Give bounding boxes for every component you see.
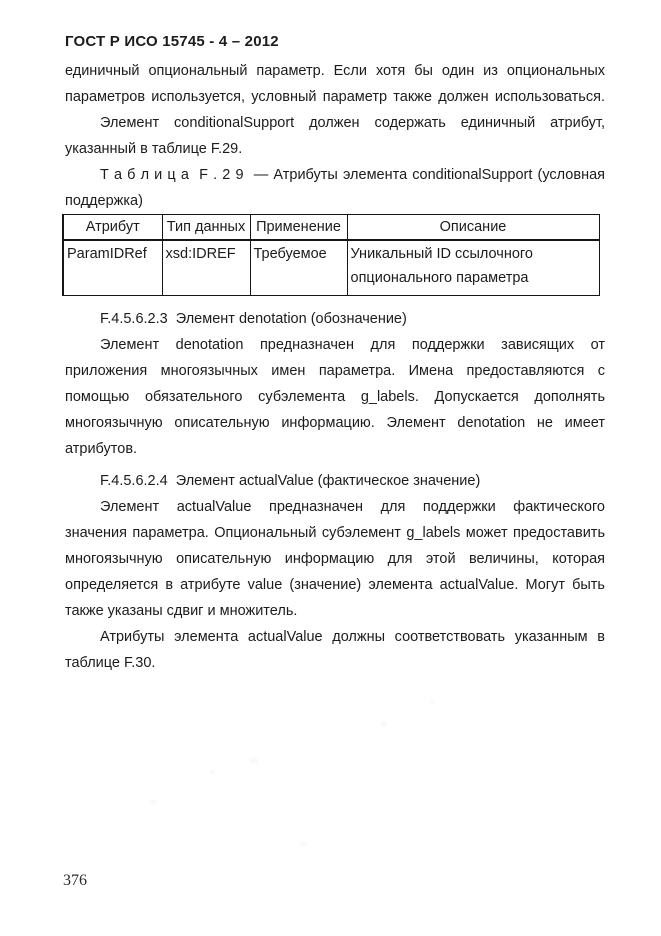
- table-header-datatype: Тип данных: [162, 215, 250, 241]
- text-line: значения параметра. Опциональный субэлем…: [65, 520, 605, 546]
- table-cell-attribute: ParamIDRef: [63, 240, 162, 296]
- text-line: указанный в таблице F.29.: [65, 136, 605, 162]
- document-page: ГОСТ Р ИСО 15745 - 4 – 2012 единичный оп…: [0, 0, 661, 936]
- text-line: также указаны сдвиг и множитель.: [65, 598, 605, 624]
- scan-artifact: [300, 842, 306, 846]
- paragraph-attributes-ref: Атрибуты элемента actualValue должны соо…: [65, 624, 605, 676]
- text-line: Т а б л и ц а F . 2 9 — Атрибуты элемент…: [65, 162, 605, 188]
- scan-artifact: [250, 758, 258, 763]
- text-line: многоязычную описательную информацию. Эл…: [65, 410, 605, 436]
- table-cell-description: Уникальный ID ссылочного опционального п…: [347, 240, 599, 296]
- table-cell-datatype: xsd:IDREF: [162, 240, 250, 296]
- section-heading-actualvalue: F.4.5.6.2.4 Элемент actualValue (фактиче…: [65, 468, 605, 494]
- paragraph-actualvalue: Элемент actualValue предназначен для под…: [65, 494, 605, 624]
- doc-header: ГОСТ Р ИСО 15745 - 4 – 2012: [65, 31, 605, 53]
- table-header-row: Атрибут Тип данных Применение Описание: [63, 215, 599, 241]
- text-line: F.4.5.6.2.4 Элемент actualValue (фактиче…: [65, 468, 605, 494]
- text-line: многоязычную описательную информацию для…: [65, 546, 605, 572]
- table-row: ParamIDRef xsd:IDREF Требуемое Уникальны…: [63, 240, 599, 296]
- text-line: параметров используется, условный параме…: [65, 84, 605, 110]
- table-header-usage: Применение: [250, 215, 347, 241]
- text-line: атрибутов.: [65, 436, 605, 462]
- text-line: таблице F.30.: [65, 650, 605, 676]
- table-header-description: Описание: [347, 215, 599, 241]
- section-heading-denotation: F.4.5.6.2.3 Элемент denotation (обозначе…: [65, 306, 605, 332]
- text-line: F.4.5.6.2.3 Элемент denotation (обозначе…: [65, 306, 605, 332]
- scan-artifact: [150, 800, 156, 804]
- text-line: поддержка): [65, 188, 605, 214]
- text-line: помощью обязательного субэлемента g_labe…: [65, 384, 605, 410]
- scan-artifact: [210, 770, 215, 774]
- page-number: 376: [63, 872, 87, 890]
- scan-artifact: [380, 722, 387, 726]
- text-line: приложения многоязычных имен параметра. …: [65, 358, 605, 384]
- paragraph-denotation: Элемент denotation предназначен для подд…: [65, 332, 605, 462]
- scan-artifact: [430, 700, 435, 703]
- text-line: Элемент denotation предназначен для подд…: [65, 332, 605, 358]
- table-header-attribute: Атрибут: [63, 215, 162, 241]
- paragraph-conditional-support: Элемент conditionalSupport должен содерж…: [65, 110, 605, 162]
- text-line: единичный опциональный параметр. Если хо…: [65, 58, 605, 84]
- table-caption: Т а б л и ц а F . 2 9 — Атрибуты элемент…: [65, 162, 605, 214]
- text-line: Элемент conditionalSupport должен содерж…: [65, 110, 605, 136]
- table-cell-usage: Требуемое: [250, 240, 347, 296]
- paragraph-intro: единичный опциональный параметр. Если хо…: [65, 58, 605, 110]
- text-line: Атрибуты элемента actualValue должны соо…: [65, 624, 605, 650]
- text-line: Элемент actualValue предназначен для под…: [65, 494, 605, 520]
- text-line: определяется в атрибуте value (значение)…: [65, 572, 605, 598]
- attributes-table: Атрибут Тип данных Применение Описание P…: [62, 214, 600, 296]
